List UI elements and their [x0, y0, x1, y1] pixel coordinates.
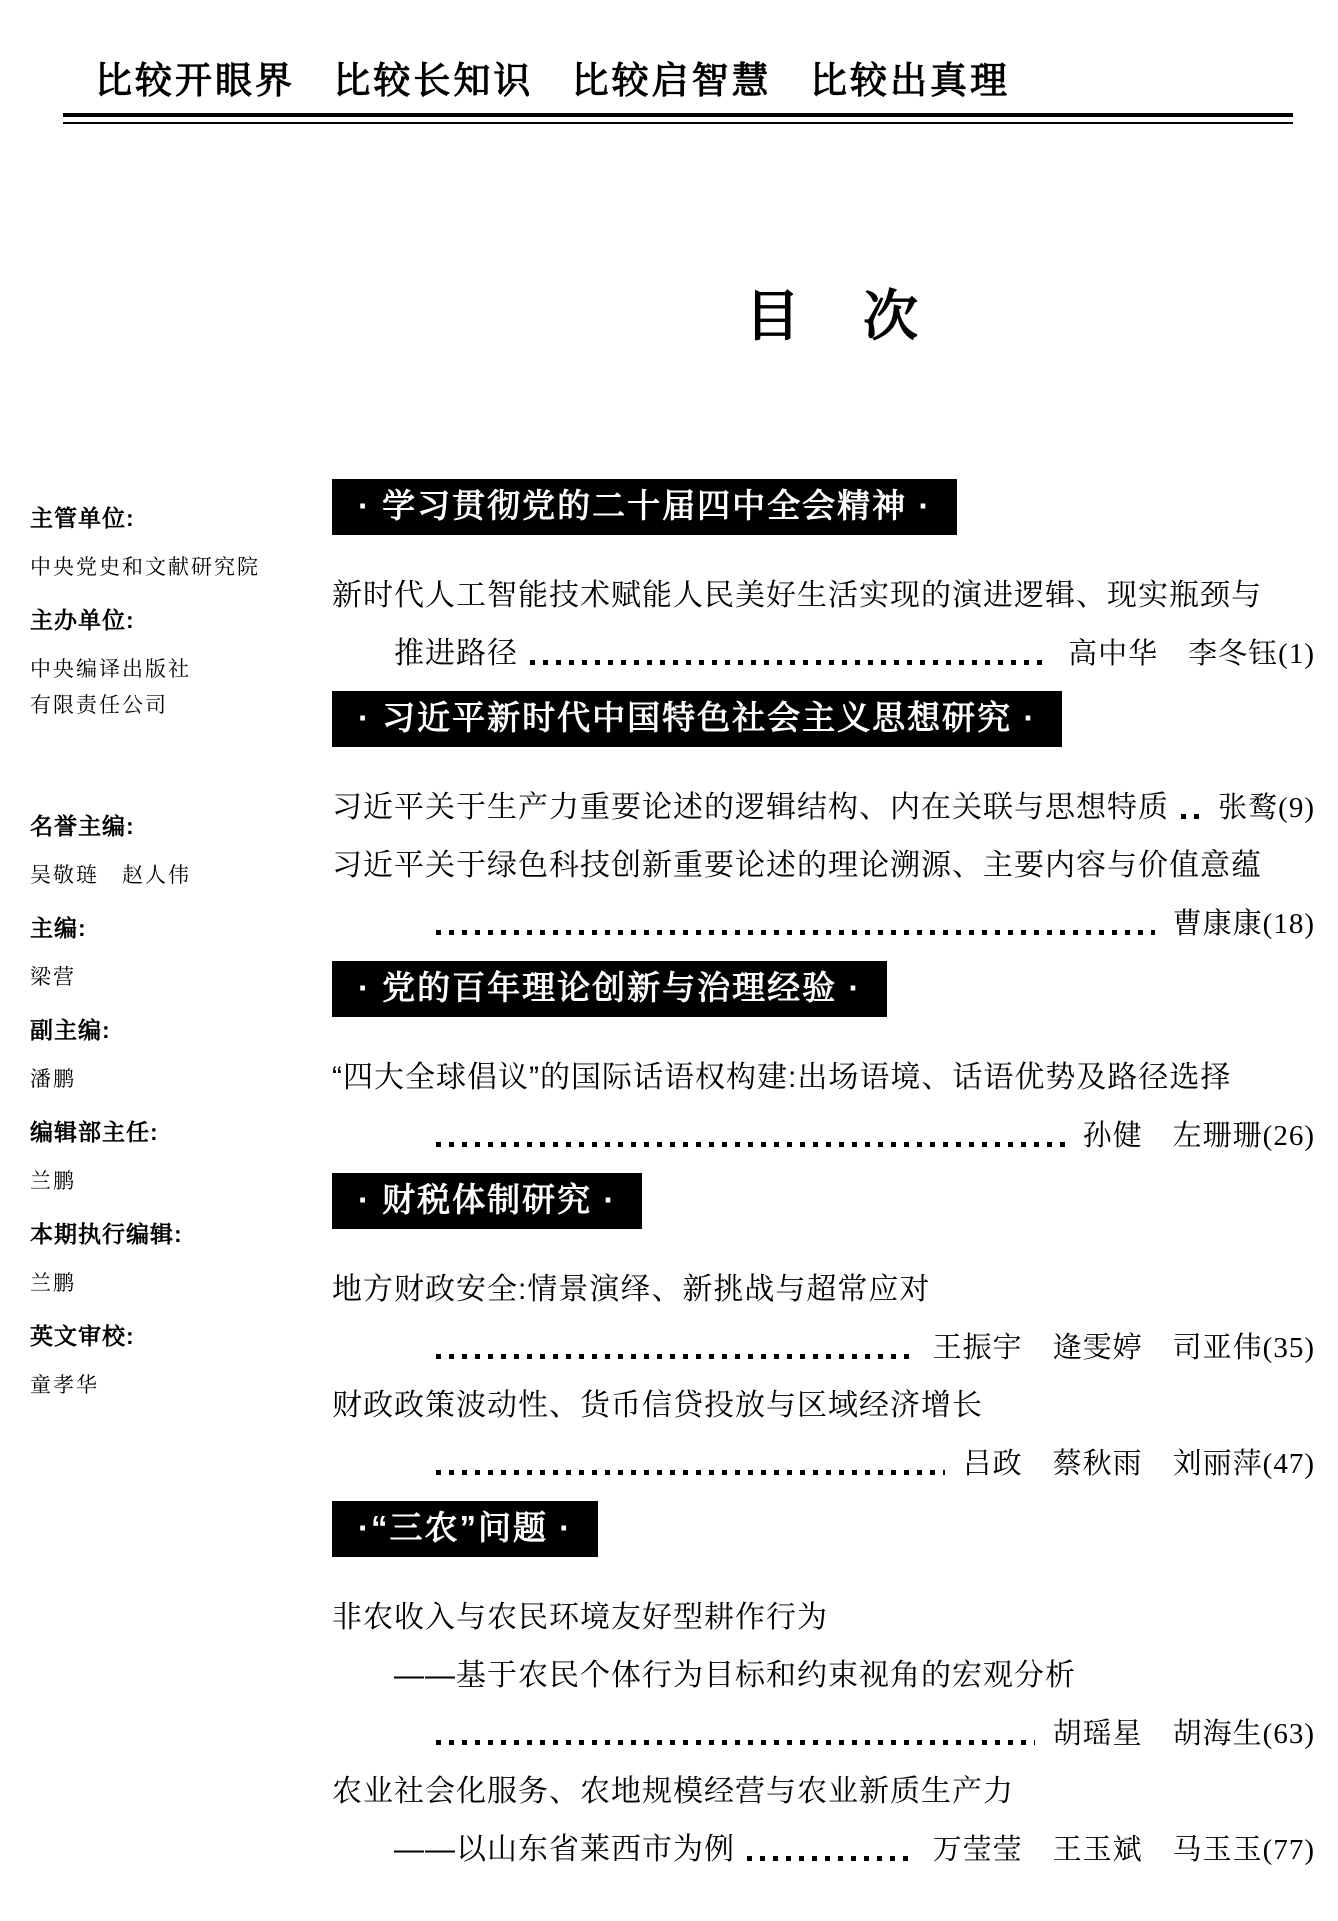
article-authors: 王振宇 逄雯婷 司亚伟 — [933, 1331, 1263, 1365]
article-title-text: 习近平关于生产力重要论述的逻辑结构、内在关联与思想特质 — [332, 791, 1169, 825]
dot-leader — [436, 1142, 1065, 1147]
dot-leader — [436, 1470, 945, 1475]
masthead-slogan: 比较长知识 — [333, 50, 533, 104]
section-banner: · 习近平新时代中国特色社会主义思想研究 · — [332, 691, 1062, 747]
article-title-text: 非农收入与农民环境友好型耕作行为 — [332, 1601, 828, 1635]
toc-line: 吕政 蔡秋雨 刘丽萍(47) — [332, 1447, 1315, 1481]
masthead-slogan: 比较开眼界 — [95, 50, 295, 104]
toc-line: ——基于农民个体行为目标和约束视角的宏观分析 — [332, 1659, 1315, 1693]
sidebar-role-label: 副主编: — [30, 1017, 280, 1044]
toc-line: 非农收入与农民环境友好型耕作行为 — [332, 1601, 1315, 1635]
toc-line: 习近平关于生产力重要论述的逻辑结构、内在关联与思想特质张鹜(9) — [332, 791, 1315, 825]
article-page-number: (35) — [1263, 1331, 1315, 1365]
toc-line: 农业社会化服务、农地规模经营与农业新质生产力 — [332, 1775, 1315, 1809]
sidebar-role-label: 主编: — [30, 915, 280, 942]
article-authors: 张鹜 — [1218, 791, 1278, 825]
article-authors: 吕政 蔡秋雨 刘丽萍 — [963, 1447, 1263, 1481]
sidebar-group: 主管单位:中央党史和文献研究院 — [30, 505, 280, 580]
toc-line: 胡瑶星 胡海生(63) — [332, 1717, 1315, 1751]
sidebar-group: 编辑部主任:兰鹏 — [30, 1119, 280, 1194]
article-title-text: ——以山东省莱西市为例 — [332, 1833, 735, 1867]
article-title-text: 习近平关于绿色科技创新重要论述的理论溯源、主要内容与价值意蕴 — [332, 849, 1262, 883]
sidebar-role-value: 童孝华 — [30, 1373, 280, 1398]
toc-line: 曹康康(18) — [332, 907, 1315, 941]
sidebar-role-value: 梁营 — [30, 965, 280, 990]
article-title-text: 地方财政安全:情景演绎、新挑战与超常应对 — [332, 1273, 930, 1307]
sidebar-role-value: 中央编译出版社 — [30, 657, 280, 682]
sidebar-group: 主办单位:中央编译出版社有限责任公司 — [30, 607, 280, 718]
sidebar-role-label: 本期执行编辑: — [30, 1221, 280, 1248]
article-title-text: “四大全球倡议”的国际话语权构建:出场语境、话语优势及路径选择 — [332, 1061, 1231, 1095]
section-banner: · 党的百年理论创新与治理经验 · — [332, 961, 887, 1017]
sidebar-role-value: 有限责任公司 — [30, 693, 280, 718]
sidebar-role-label: 英文审校: — [30, 1323, 280, 1350]
dot-leader — [436, 1354, 915, 1359]
toc-line: 地方财政安全:情景演绎、新挑战与超常应对 — [332, 1273, 1315, 1307]
dot-leader — [436, 1740, 1035, 1745]
article-page-number: (18) — [1263, 907, 1315, 941]
section-banner: · 财税体制研究 · — [332, 1173, 642, 1229]
article-page-number: (9) — [1278, 791, 1315, 825]
article-title-text: 新时代人工智能技术赋能人民美好生活实现的演进逻辑、现实瓶颈与 — [332, 579, 1262, 613]
sidebar-role-label: 名誉主编: — [30, 813, 280, 840]
sidebar-group: 副主编:潘鹏 — [30, 1017, 280, 1092]
section-banner: · 学习贯彻党的二十届四中全会精神 · — [332, 479, 957, 535]
article-authors: 孙健 左珊珊 — [1083, 1119, 1263, 1153]
article-title-text: 财政政策波动性、货币信贷投放与区域经济增长 — [332, 1389, 983, 1423]
article-title-text: 农业社会化服务、农地规模经营与农业新质生产力 — [332, 1775, 1014, 1809]
sidebar-group: 名誉主编:吴敬琏 赵人伟 — [30, 813, 280, 888]
toc-line: 王振宇 逄雯婷 司亚伟(35) — [332, 1331, 1315, 1365]
toc-line: 习近平关于绿色科技创新重要论述的理论溯源、主要内容与价值意蕴 — [332, 849, 1315, 883]
sidebar-role-label: 主管单位: — [30, 505, 280, 532]
sidebar: 主管单位:中央党史和文献研究院主办单位:中央编译出版社有限责任公司名誉主编:吴敬… — [30, 505, 280, 1398]
masthead-slogan: 比较出真理 — [810, 50, 1010, 104]
sidebar-role-value: 潘鹏 — [30, 1067, 280, 1092]
dot-leader — [1181, 814, 1200, 819]
article-authors: 曹康康 — [1173, 907, 1263, 941]
toc-main: · 学习贯彻党的二十届四中全会精神 ·新时代人工智能技术赋能人民美好生活实现的演… — [332, 479, 1315, 1867]
page-title: 目 次 — [745, 272, 922, 351]
sidebar-role-label: 编辑部主任: — [30, 1119, 280, 1146]
article-authors: 高中华 李冬钰 — [1068, 637, 1278, 671]
dot-leader — [747, 1856, 915, 1861]
masthead-slogan: 比较启智慧 — [572, 50, 772, 104]
article-title-text: 推进路径 — [332, 637, 518, 671]
dot-leader — [530, 660, 1050, 665]
masthead: 比较开眼界 比较长知识 比较启智慧 比较出真理 — [95, 50, 1010, 104]
article-page-number: (26) — [1263, 1119, 1315, 1153]
article-authors: 胡瑶星 胡海生 — [1053, 1717, 1263, 1751]
sidebar-role-value: 兰鹏 — [30, 1169, 280, 1194]
toc-line: ——以山东省莱西市为例万莹莹 王玉斌 马玉玉(77) — [332, 1833, 1315, 1867]
toc-line: 新时代人工智能技术赋能人民美好生活实现的演进逻辑、现实瓶颈与 — [332, 579, 1315, 613]
toc-line: 财政政策波动性、货币信贷投放与区域经济增长 — [332, 1389, 1315, 1423]
article-page-number: (63) — [1263, 1717, 1315, 1751]
toc-line: 推进路径高中华 李冬钰(1) — [332, 637, 1315, 671]
sidebar-group: 英文审校:童孝华 — [30, 1323, 280, 1398]
article-title-text: ——基于农民个体行为目标和约束视角的宏观分析 — [332, 1659, 1076, 1693]
article-authors: 万莹莹 王玉斌 马玉玉 — [933, 1833, 1263, 1867]
sidebar-role-value: 兰鹏 — [30, 1271, 280, 1296]
article-page-number: (1) — [1278, 637, 1315, 671]
sidebar-role-value: 中央党史和文献研究院 — [30, 555, 280, 580]
sidebar-role-label: 主办单位: — [30, 607, 280, 634]
double-rule — [63, 113, 1293, 124]
article-page-number: (47) — [1263, 1447, 1315, 1481]
sidebar-group: 本期执行编辑:兰鹏 — [30, 1221, 280, 1296]
sidebar-group: 主编:梁营 — [30, 915, 280, 990]
toc-line: 孙健 左珊珊(26) — [332, 1119, 1315, 1153]
dot-leader — [436, 930, 1155, 935]
sidebar-role-value: 吴敬琏 赵人伟 — [30, 863, 280, 888]
toc-line: “四大全球倡议”的国际话语权构建:出场语境、话语优势及路径选择 — [332, 1061, 1315, 1095]
journal-toc-page: { "masthead": { "slogans": ["比较开眼界", "比较… — [0, 0, 1338, 1921]
article-page-number: (77) — [1263, 1833, 1315, 1867]
section-banner: ·“三农”问题 · — [332, 1501, 598, 1557]
